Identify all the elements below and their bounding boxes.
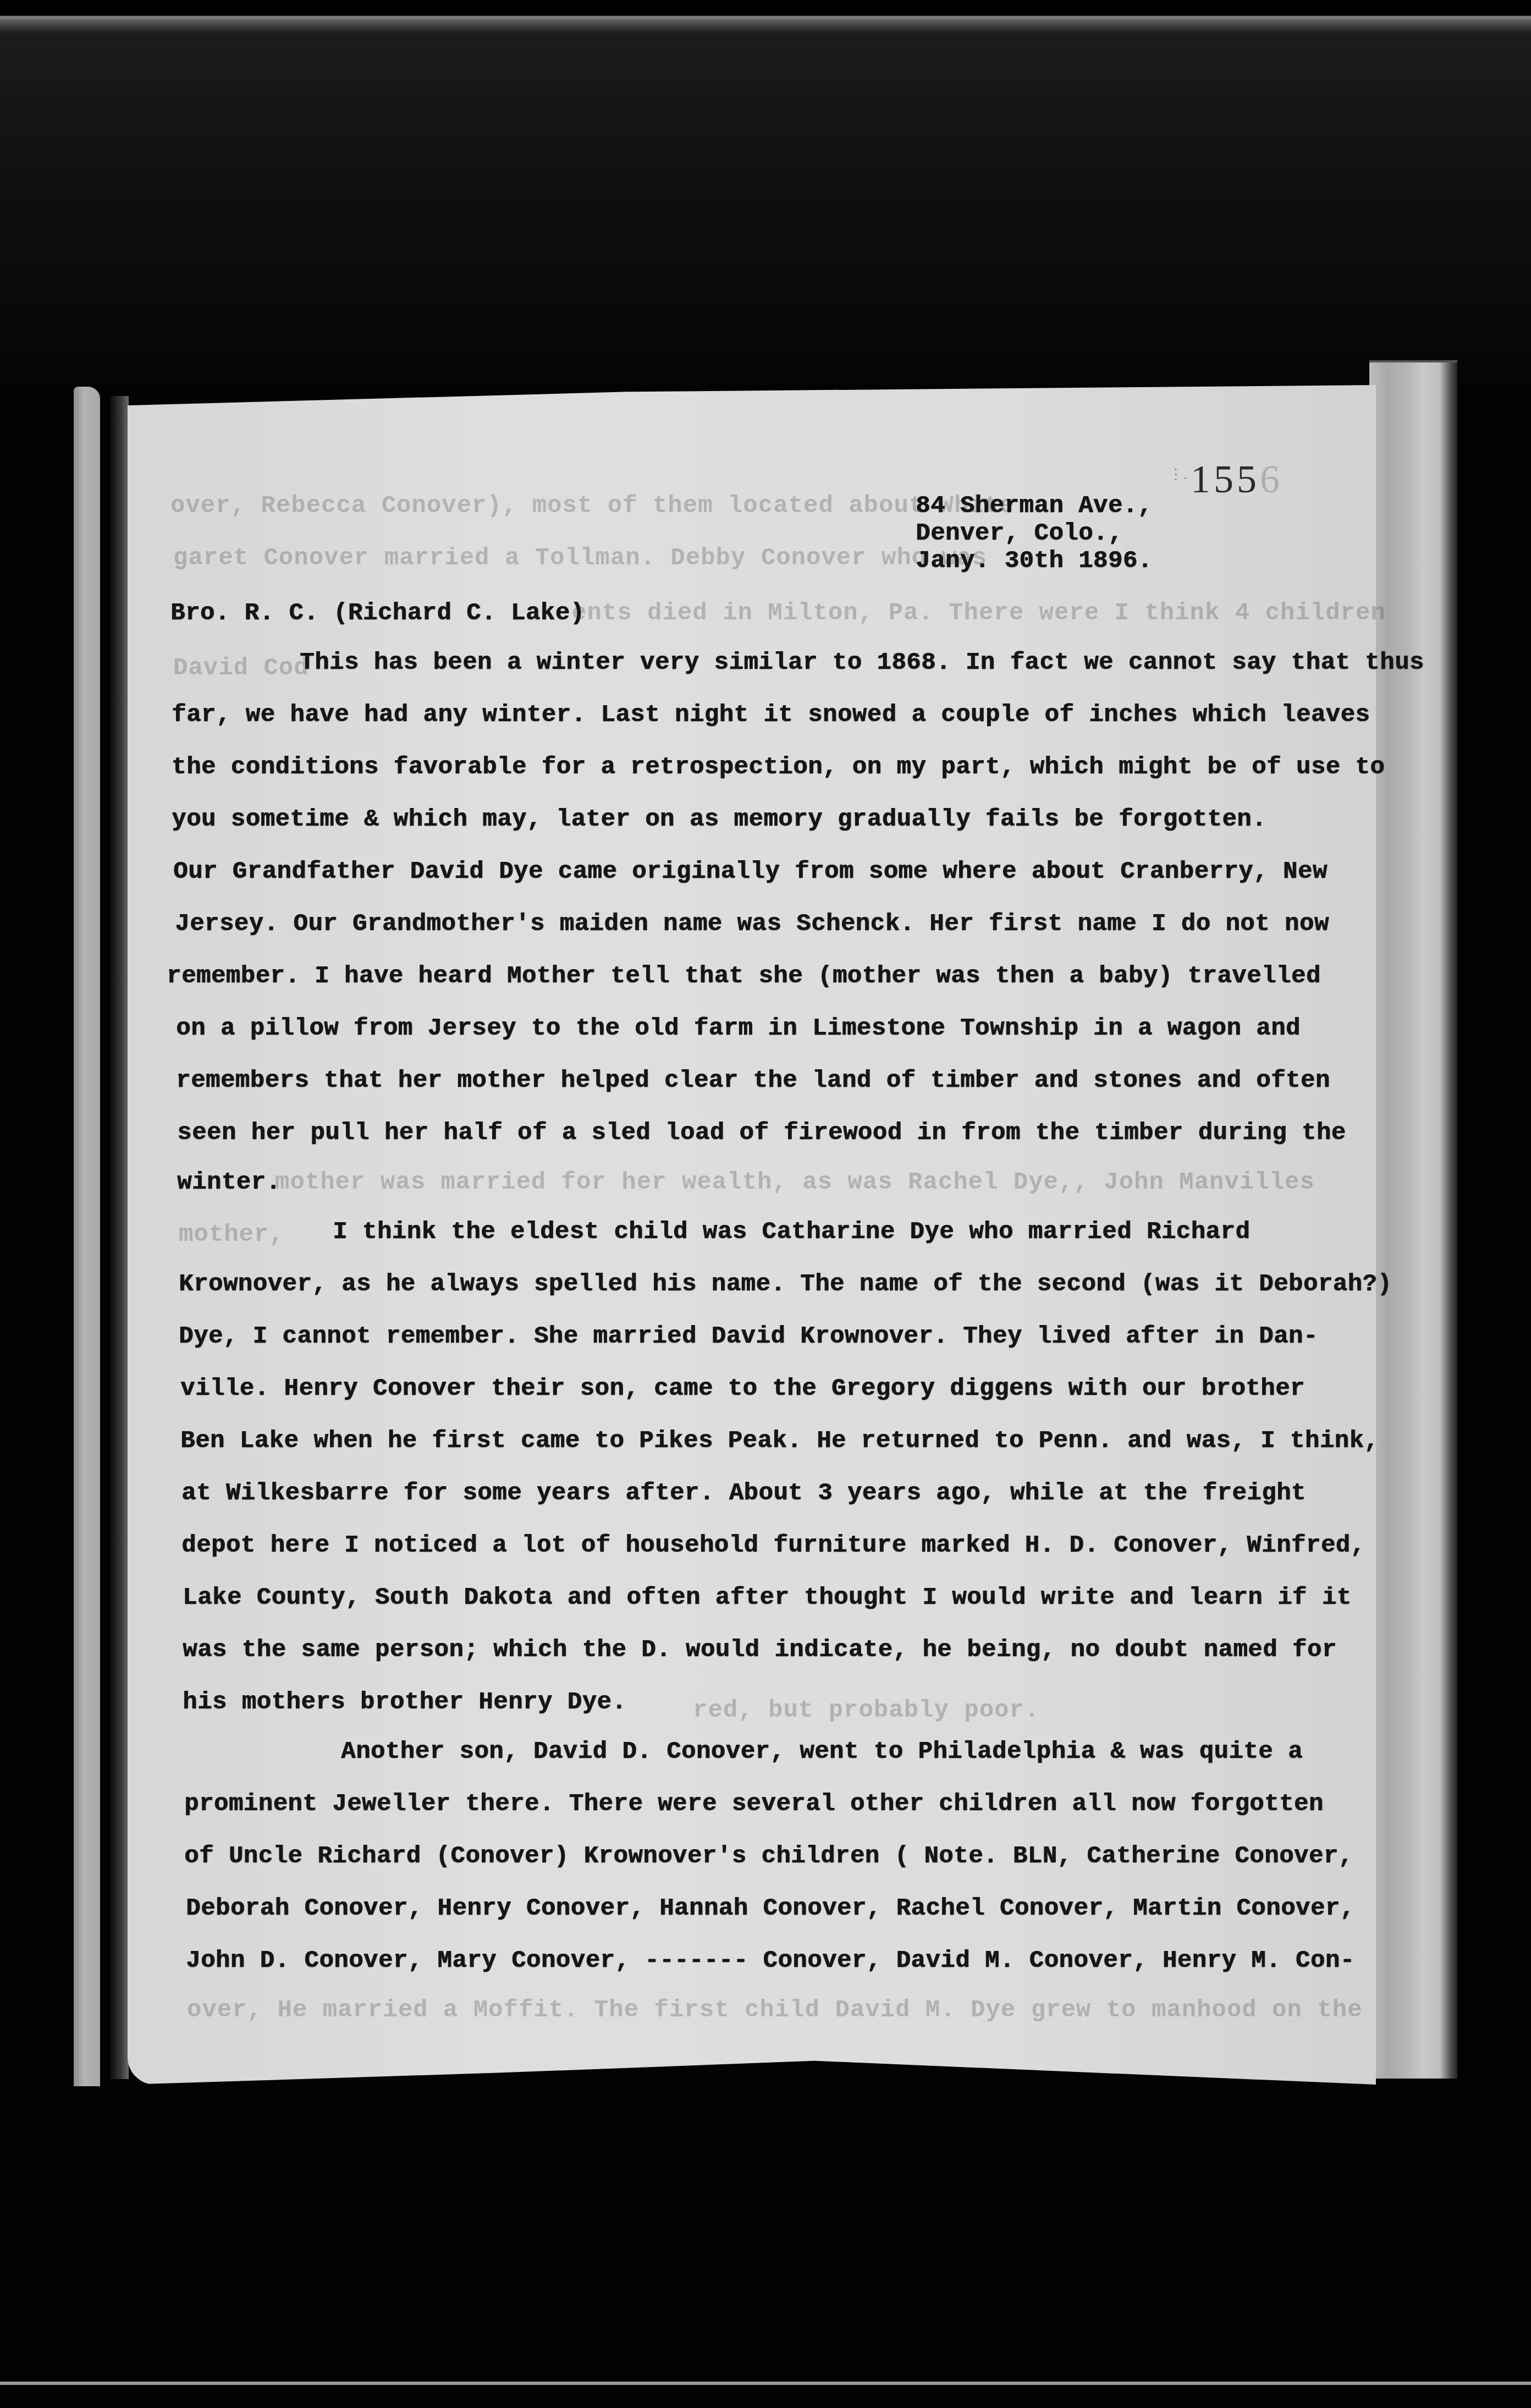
bleed-through-line: red, but probably poor. [693, 1697, 1039, 1724]
bleed-through-line: mother, [179, 1221, 284, 1249]
salutation: Bro. R. C. (Richard C. Lake) [170, 600, 585, 627]
stamp-mark: ⋮․ [1169, 466, 1188, 483]
body-line: Deborah Conover, Henry Conover, Hannah C… [186, 1895, 1354, 1922]
left-page-edge [74, 387, 100, 2086]
bleed-through-line: mother was married for her wealth, as wa… [275, 1169, 1315, 1196]
address-line-1: 84 Sherman Ave., [916, 492, 1152, 520]
address-line-2: Denver, Colo., [916, 520, 1123, 547]
body-line: ville. Henry Conover their son, came to … [180, 1375, 1305, 1403]
body-line: was the same person; which the D. would … [183, 1636, 1337, 1664]
body-line: John D. Conover, Mary Conover, ------- C… [186, 1947, 1354, 1975]
body-line: remembers that her mother helped clear t… [176, 1067, 1330, 1095]
body-line: Dye, I cannot remember. She married Davi… [179, 1323, 1318, 1350]
bleed-through-line: David Cod [173, 655, 309, 682]
body-line: Another son, David D. Conover, went to P… [341, 1738, 1303, 1766]
body-line: winter. [177, 1169, 280, 1196]
body-line: Our Grandfather David Dye came originall… [173, 858, 1328, 886]
body-line: Jersey. Our Grandmother's maiden name wa… [175, 910, 1329, 938]
body-line: on a pillow from Jersey to the old farm … [176, 1015, 1301, 1042]
body-line: far, we have had any winter. Last night … [172, 701, 1370, 729]
book-gutter [110, 396, 129, 2079]
body-line: at Wilkesbarre for some years after. Abo… [181, 1480, 1306, 1507]
body-line: Lake County, South Dakota and often afte… [183, 1584, 1351, 1612]
body-line: prominent Jeweller there. There were sev… [184, 1790, 1324, 1818]
body-line: depot here I noticed a lot of household … [181, 1532, 1365, 1559]
body-line: I think the eldest child was Catharine D… [333, 1218, 1250, 1246]
bleed-through-line: over, Rebecca Conover), most of them loc… [170, 492, 1015, 520]
body-line: seen her pull her half of a sled load of… [177, 1119, 1346, 1147]
letter-date: Jany. 30th 1896. [916, 547, 1152, 575]
body-line: of Uncle Richard (Conover) Krownover's c… [184, 1843, 1353, 1870]
body-line: Ben Lake when he first came to Pikes Pea… [180, 1427, 1379, 1455]
bleed-through-line: garet Conover married a Tollman. Debby C… [173, 545, 987, 572]
body-line: you sometime & which may, later on as me… [172, 806, 1266, 833]
microfilm-border-bottom [0, 2382, 1531, 2385]
page-number: 1556 [1191, 457, 1283, 502]
bleed-through-line: over, He married a Moffit. The first chi… [187, 1997, 1363, 2024]
body-line: the conditions favorable for a retrospec… [172, 754, 1385, 781]
body-line: Krownover, as he always spelled his name… [179, 1271, 1392, 1298]
body-line: his mothers brother Henry Dye. [183, 1689, 626, 1716]
microfilm-border-top [0, 0, 1531, 385]
bleed-through-line: ents died in Milton, Pa. There were I th… [572, 600, 1386, 627]
body-line: remember. I have heard Mother tell that … [167, 963, 1321, 990]
body-line: This has been a winter very similar to 1… [300, 649, 1424, 677]
